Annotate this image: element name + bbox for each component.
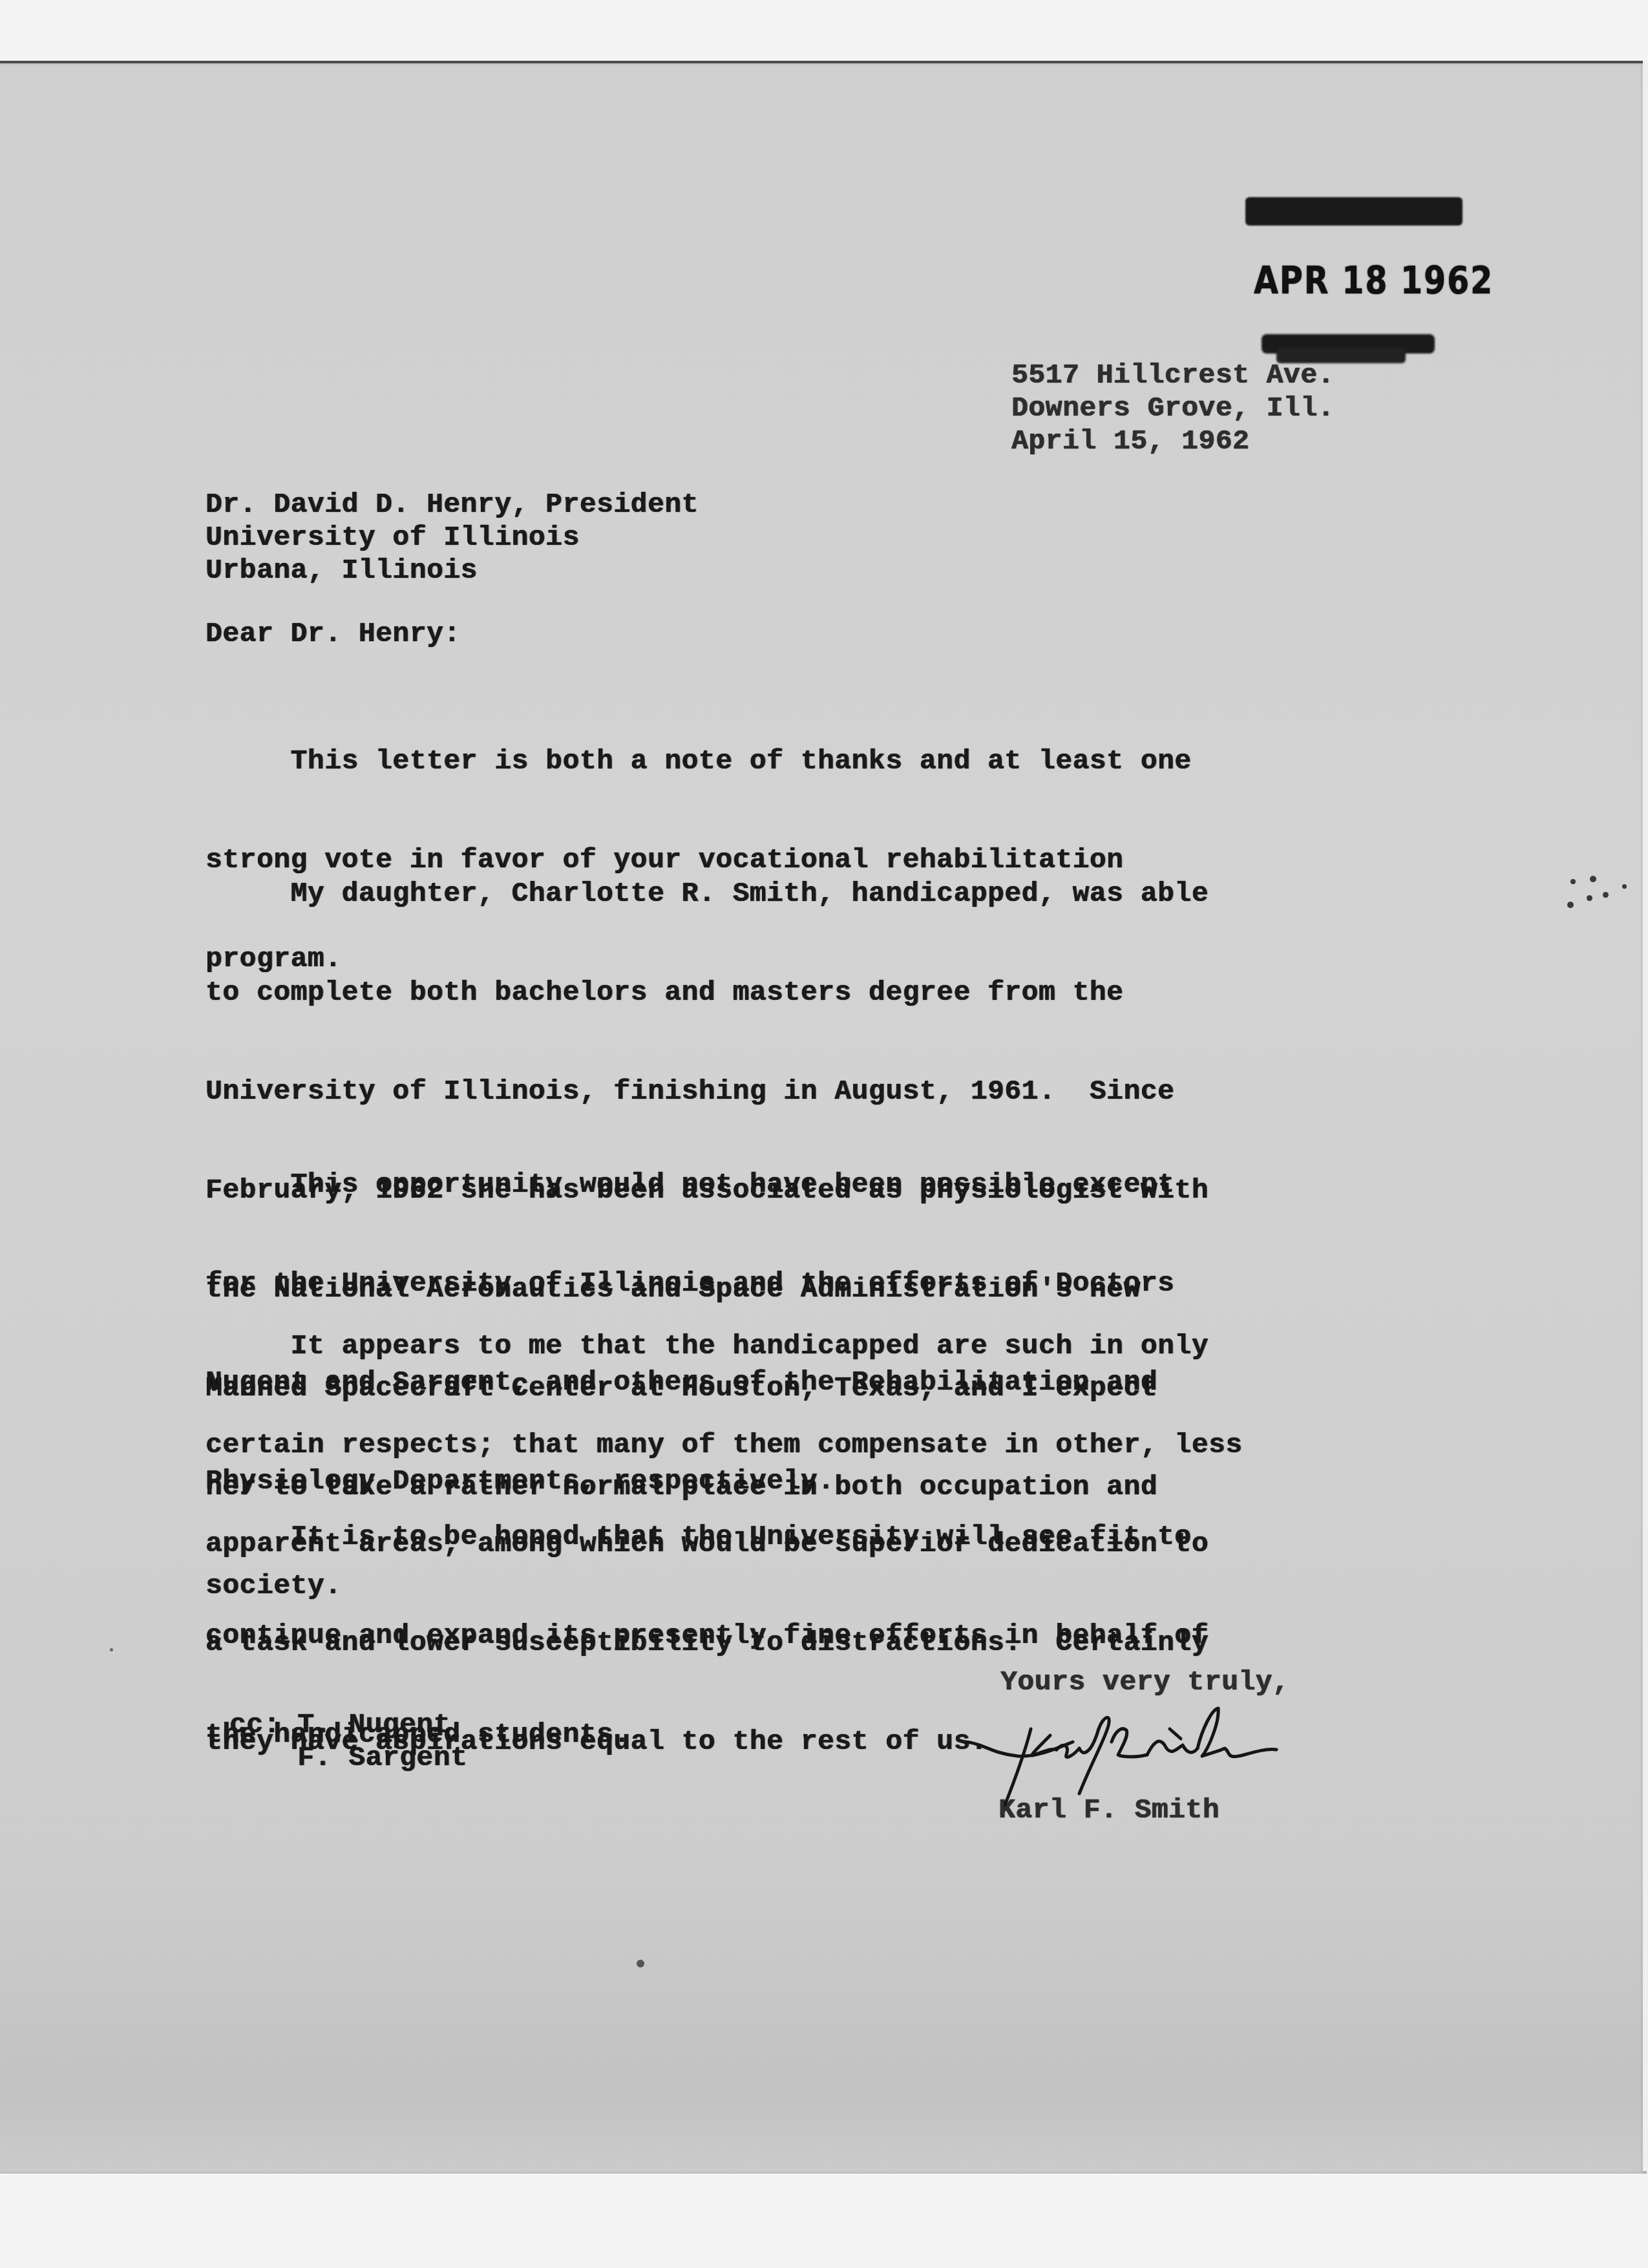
sender-street: 5517 Hillcrest Ave. bbox=[1011, 359, 1335, 392]
sender-city: Downers Grove, Ill. bbox=[1011, 392, 1335, 425]
recipient-address: Dr. David D. Henry, PresidentUniversity … bbox=[206, 488, 699, 587]
sender-address: 5517 Hillcrest Ave.Downers Grove, Ill.Ap… bbox=[1011, 359, 1335, 458]
scan-dust-spot bbox=[110, 1648, 113, 1651]
body-line: This letter is both a note of thanks and… bbox=[206, 745, 1192, 778]
complimentary-close: Yours very truly, bbox=[1000, 1666, 1289, 1699]
body-line: continue and expand its presently fine e… bbox=[206, 1619, 1209, 1652]
scan-dust-spot bbox=[637, 1960, 644, 1967]
body-line: to complete both bachelors and masters d… bbox=[206, 976, 1209, 1009]
carbon-copy-list: cc: T. Nugent F. Sargent bbox=[229, 1708, 467, 1774]
letter-date: April 15, 1962 bbox=[1011, 425, 1335, 458]
received-stamp-date: APR 18 1962 bbox=[1254, 259, 1494, 302]
cc-recipient-2: F. Sargent bbox=[229, 1741, 467, 1774]
page-edge bbox=[1643, 61, 1648, 2171]
recipient-name: Dr. David D. Henry, President bbox=[206, 488, 699, 521]
body-line: It appears to me that the handicapped ar… bbox=[206, 1330, 1243, 1362]
body-line: My daughter, Charlotte R. Smith, handica… bbox=[206, 877, 1209, 910]
typed-signer-name: Karl F. Smith bbox=[998, 1794, 1220, 1827]
salutation: Dear Dr. Henry: bbox=[206, 617, 461, 650]
scan-speckles bbox=[1551, 866, 1642, 957]
body-line: It is to be hoped that the University wi… bbox=[206, 1520, 1209, 1553]
received-stamp-institution bbox=[1245, 197, 1463, 226]
recipient-city: Urbana, Illinois bbox=[206, 554, 699, 587]
body-line: This opportunity would not have been pos… bbox=[206, 1168, 1174, 1201]
cc-recipient-1: cc: T. Nugent bbox=[229, 1708, 467, 1741]
recipient-institution: University of Illinois bbox=[206, 521, 699, 554]
